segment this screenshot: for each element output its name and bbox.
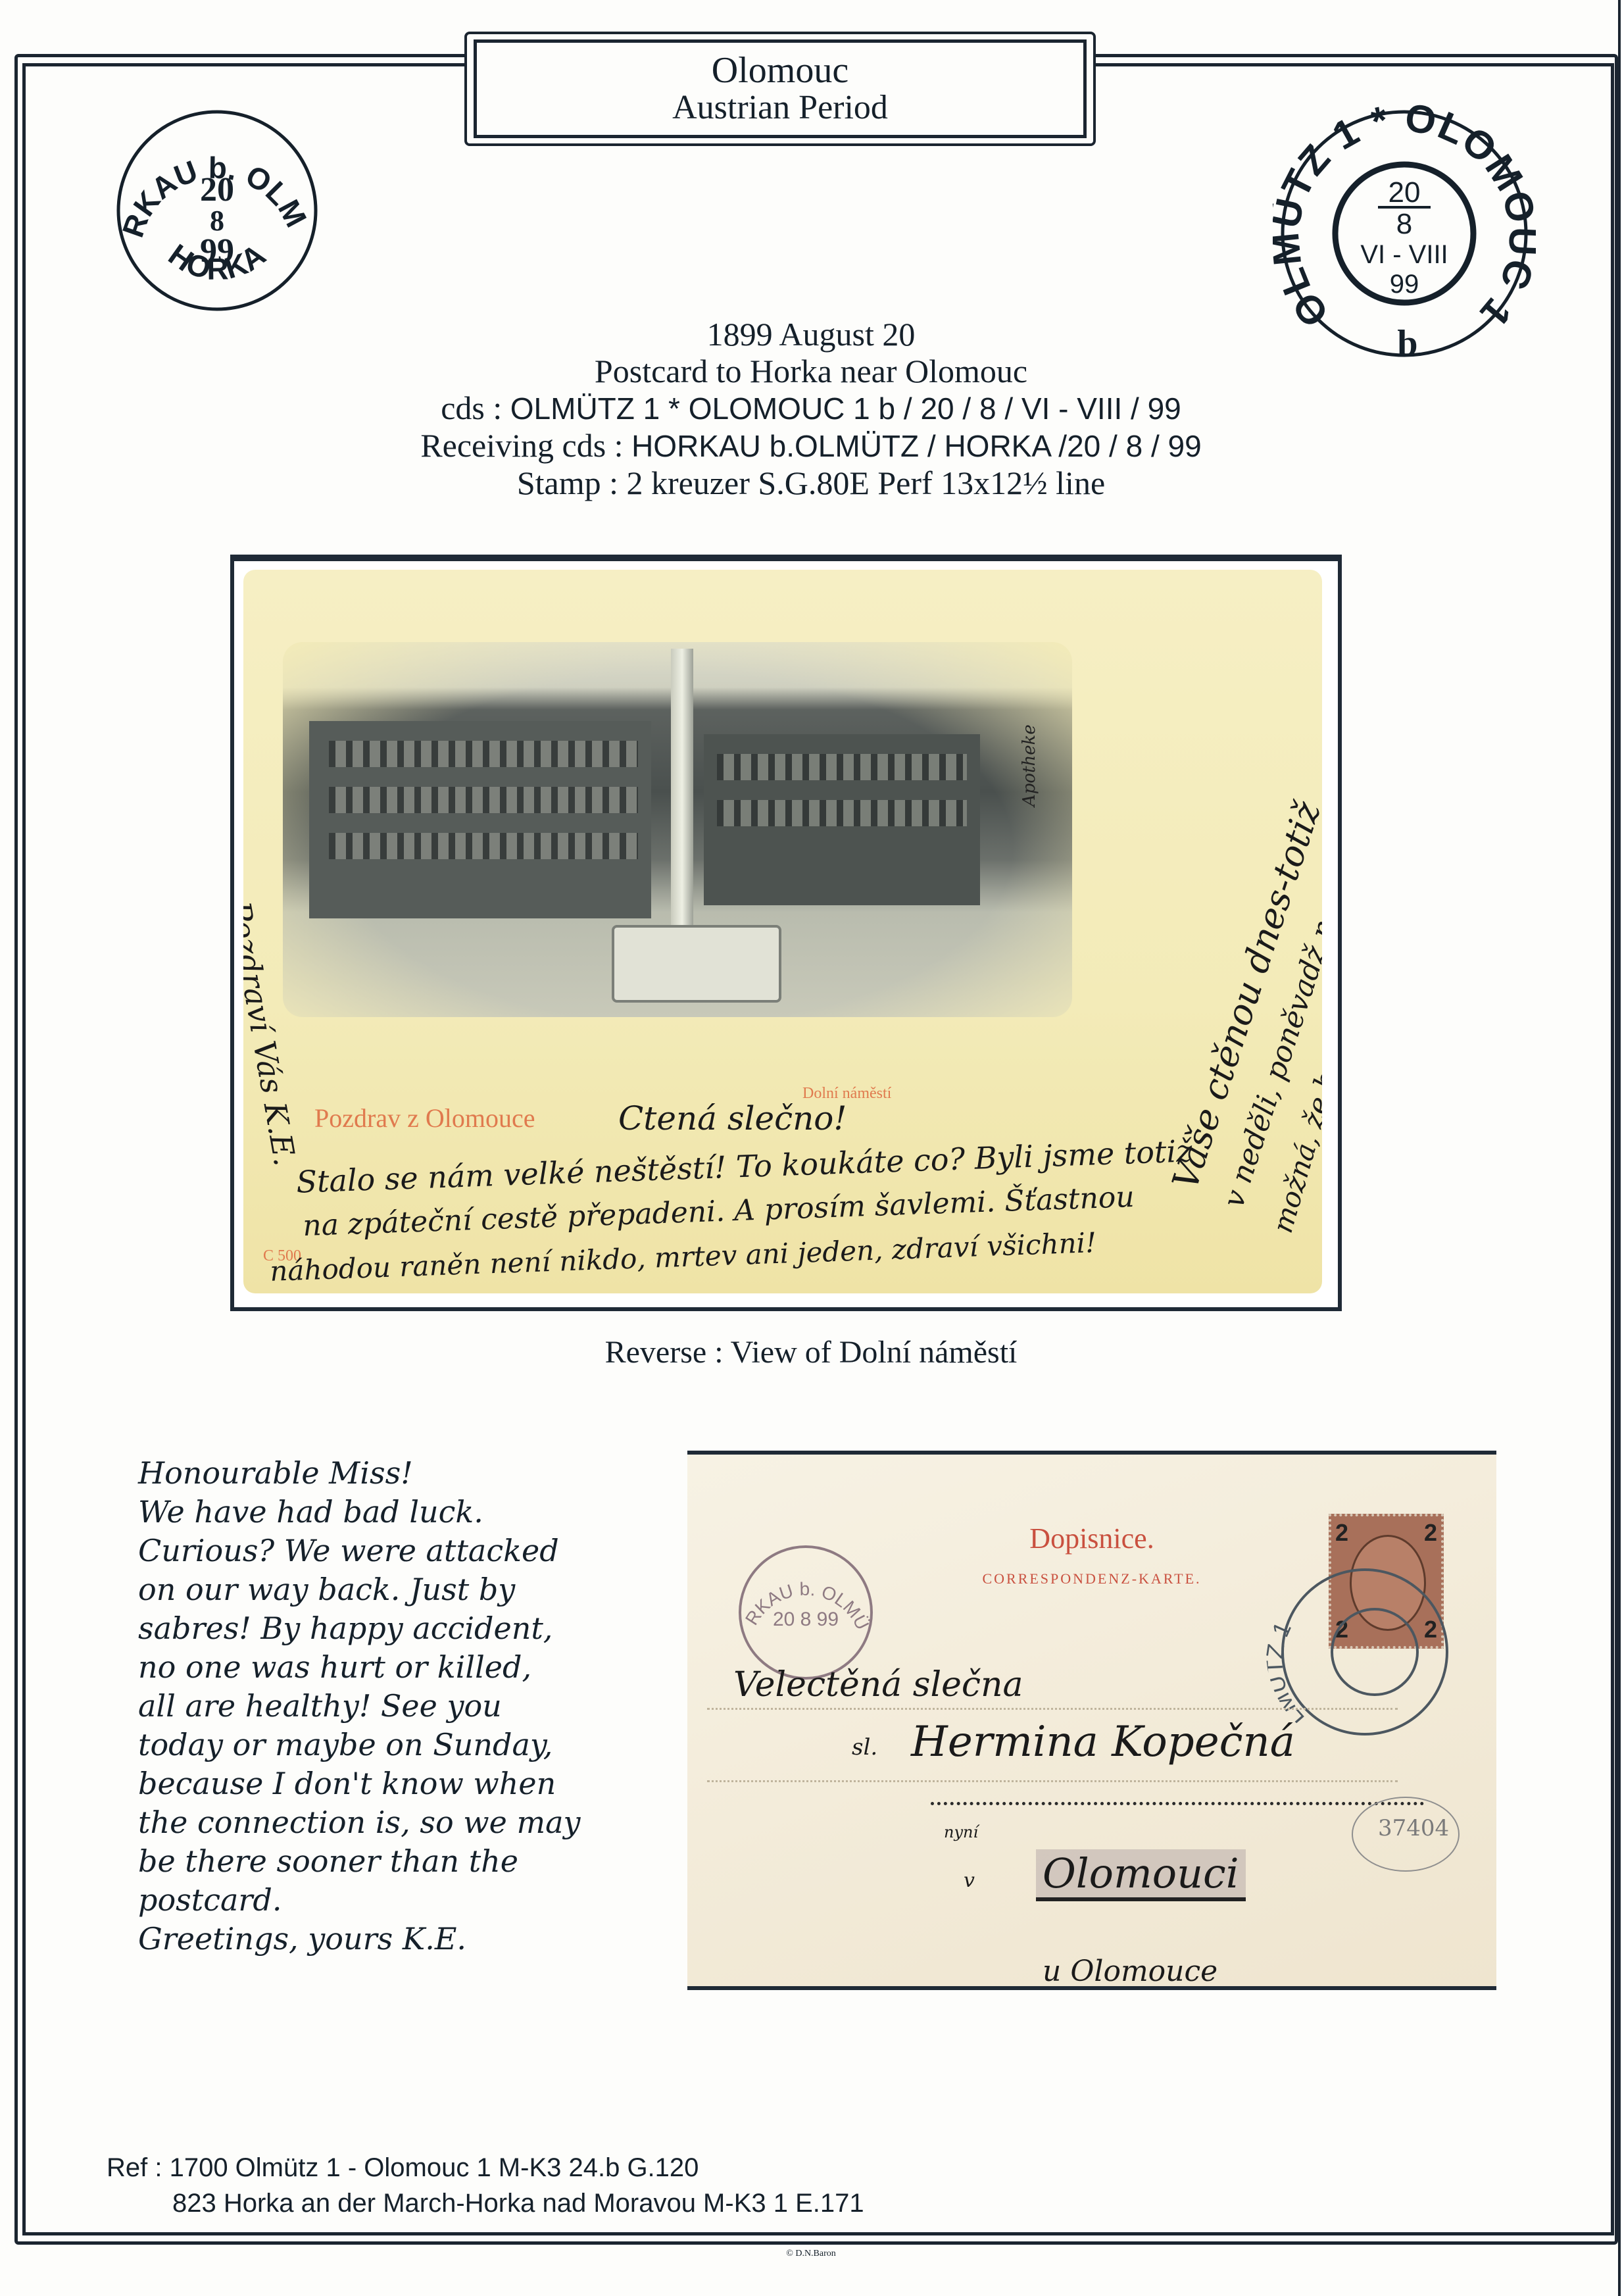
page-subtitle: Austrian Period (672, 89, 888, 126)
svg-text:99: 99 (1390, 270, 1419, 299)
svg-text:20: 20 (1389, 176, 1421, 209)
plague-column (671, 649, 693, 925)
item-date: 1899 August 20 (0, 316, 1622, 353)
svg-text:99: 99 (200, 232, 234, 270)
translation-line: because I don't know when (138, 1764, 691, 1803)
svg-text:VI - VIII: VI - VIII (1360, 240, 1448, 269)
address-town-overwritten: Olomouci (1036, 1849, 1246, 1901)
windows-row (329, 787, 638, 813)
cds-label: cds : (441, 389, 510, 426)
address-line-1 (707, 1708, 1398, 1710)
translation-line: on our way back. Just by (138, 1570, 691, 1609)
crossed-out-line (931, 1797, 1424, 1805)
translation-line: Greetings, yours K.E. (138, 1920, 691, 1959)
translation-line: We have had bad luck. (138, 1493, 691, 1532)
postcard-address-side: Dopisnice. CORRESPONDENZ-KARTE. HORKAU b… (687, 1451, 1496, 1990)
shop-sign: Apotheke (1020, 724, 1039, 807)
message-translation: Honourable Miss!We have had bad luck.Cur… (138, 1454, 691, 1959)
translation-line: today or maybe on Sunday, (138, 1726, 691, 1764)
item-stamp: Stamp : 2 kreuzer S.G.80E Perf 13x12½ li… (0, 464, 1622, 501)
translation-line: sabres! By happy accident, (138, 1609, 691, 1648)
address-nyni: nyní (944, 1823, 978, 1841)
receiving-cancel-postmark: HORKAU b. OLMÜTZ HORKA 20 8 99 (105, 99, 329, 322)
address-line-2 (707, 1780, 1398, 1782)
item-receiving-cds: Receiving cds : HORKAU b.OLMÜTZ / HORKA … (0, 427, 1622, 464)
windows-row (717, 754, 967, 780)
title-box: Olomouc Austrian Period (474, 39, 1087, 138)
pencil-note: 37404 (1378, 1815, 1449, 1841)
translation-line: be there sooner than the (138, 1842, 691, 1881)
page-title: Olomouc (712, 51, 848, 89)
item-cds: cds : OLMÜTZ 1 * OLOMOUC 1 b / 20 / 8 / … (0, 389, 1622, 427)
item-subject: Postcard to Horka near Olomouc (0, 353, 1622, 389)
translation-line: Curious? We were attacked (138, 1532, 691, 1570)
translation-line: no one was hurt or killed, (138, 1648, 691, 1687)
svg-text:20 8 99: 20 8 99 (773, 1609, 839, 1630)
item-description: 1899 August 20 Postcard to Horka near Ol… (0, 316, 1622, 501)
translation-line: all are healthy! See you (138, 1687, 691, 1726)
address-v: v (964, 1869, 975, 1892)
translation-line: postcard. (138, 1881, 691, 1920)
stamp-value-tr: 2 (1424, 1519, 1437, 1547)
windows-row (329, 833, 638, 859)
dispatch-postmark-on-card: OLMÜTZ 1 b (1266, 1553, 1463, 1751)
address-salutation: Velectěná slečna (733, 1665, 1023, 1705)
stamp-value-tl: 2 (1335, 1519, 1348, 1547)
address-prefix: sl. (852, 1734, 877, 1760)
reference-line-2: 823 Horka an der March-Horka nad Moravou… (172, 2189, 864, 2218)
svg-text:20: 20 (200, 171, 234, 209)
windows-row (717, 800, 967, 826)
printed-greeting: Pozdrav z Olomouce (314, 1103, 535, 1134)
cds-value: OLMÜTZ 1 * OLOMOUC 1 b / 20 / 8 / VI - V… (510, 391, 1181, 426)
address-recipient-name: Hermina Kopečná (911, 1718, 1295, 1766)
svg-text:8: 8 (1396, 208, 1412, 240)
copyright-notice: © D.N.Baron (0, 2249, 1622, 2259)
fountain (612, 925, 781, 1003)
reference-line-1: Ref : 1700 Olmütz 1 - Olomouc 1 M-K3 24.… (107, 2153, 699, 2183)
reverse-caption: Reverse : View of Dolní náměstí (0, 1334, 1622, 1370)
translation-line: the connection is, so we may (138, 1803, 691, 1842)
receiving-cds-label: Receiving cds : (420, 427, 631, 464)
windows-row (329, 741, 638, 767)
address-district: u Olomouce (1043, 1955, 1217, 1988)
receiving-cds-value: HORKAU b.OLMÜTZ / HORKA /20 / 8 / 99 (631, 429, 1202, 463)
town-square-photo: Apotheke (283, 642, 1072, 1017)
translation-line: Honourable Miss! (138, 1454, 691, 1493)
handwritten-salutation: Ctená slečno! (618, 1099, 847, 1137)
postcard-front-image: Apotheke Pozdrav z Olomouce Dolní náměst… (243, 570, 1322, 1293)
